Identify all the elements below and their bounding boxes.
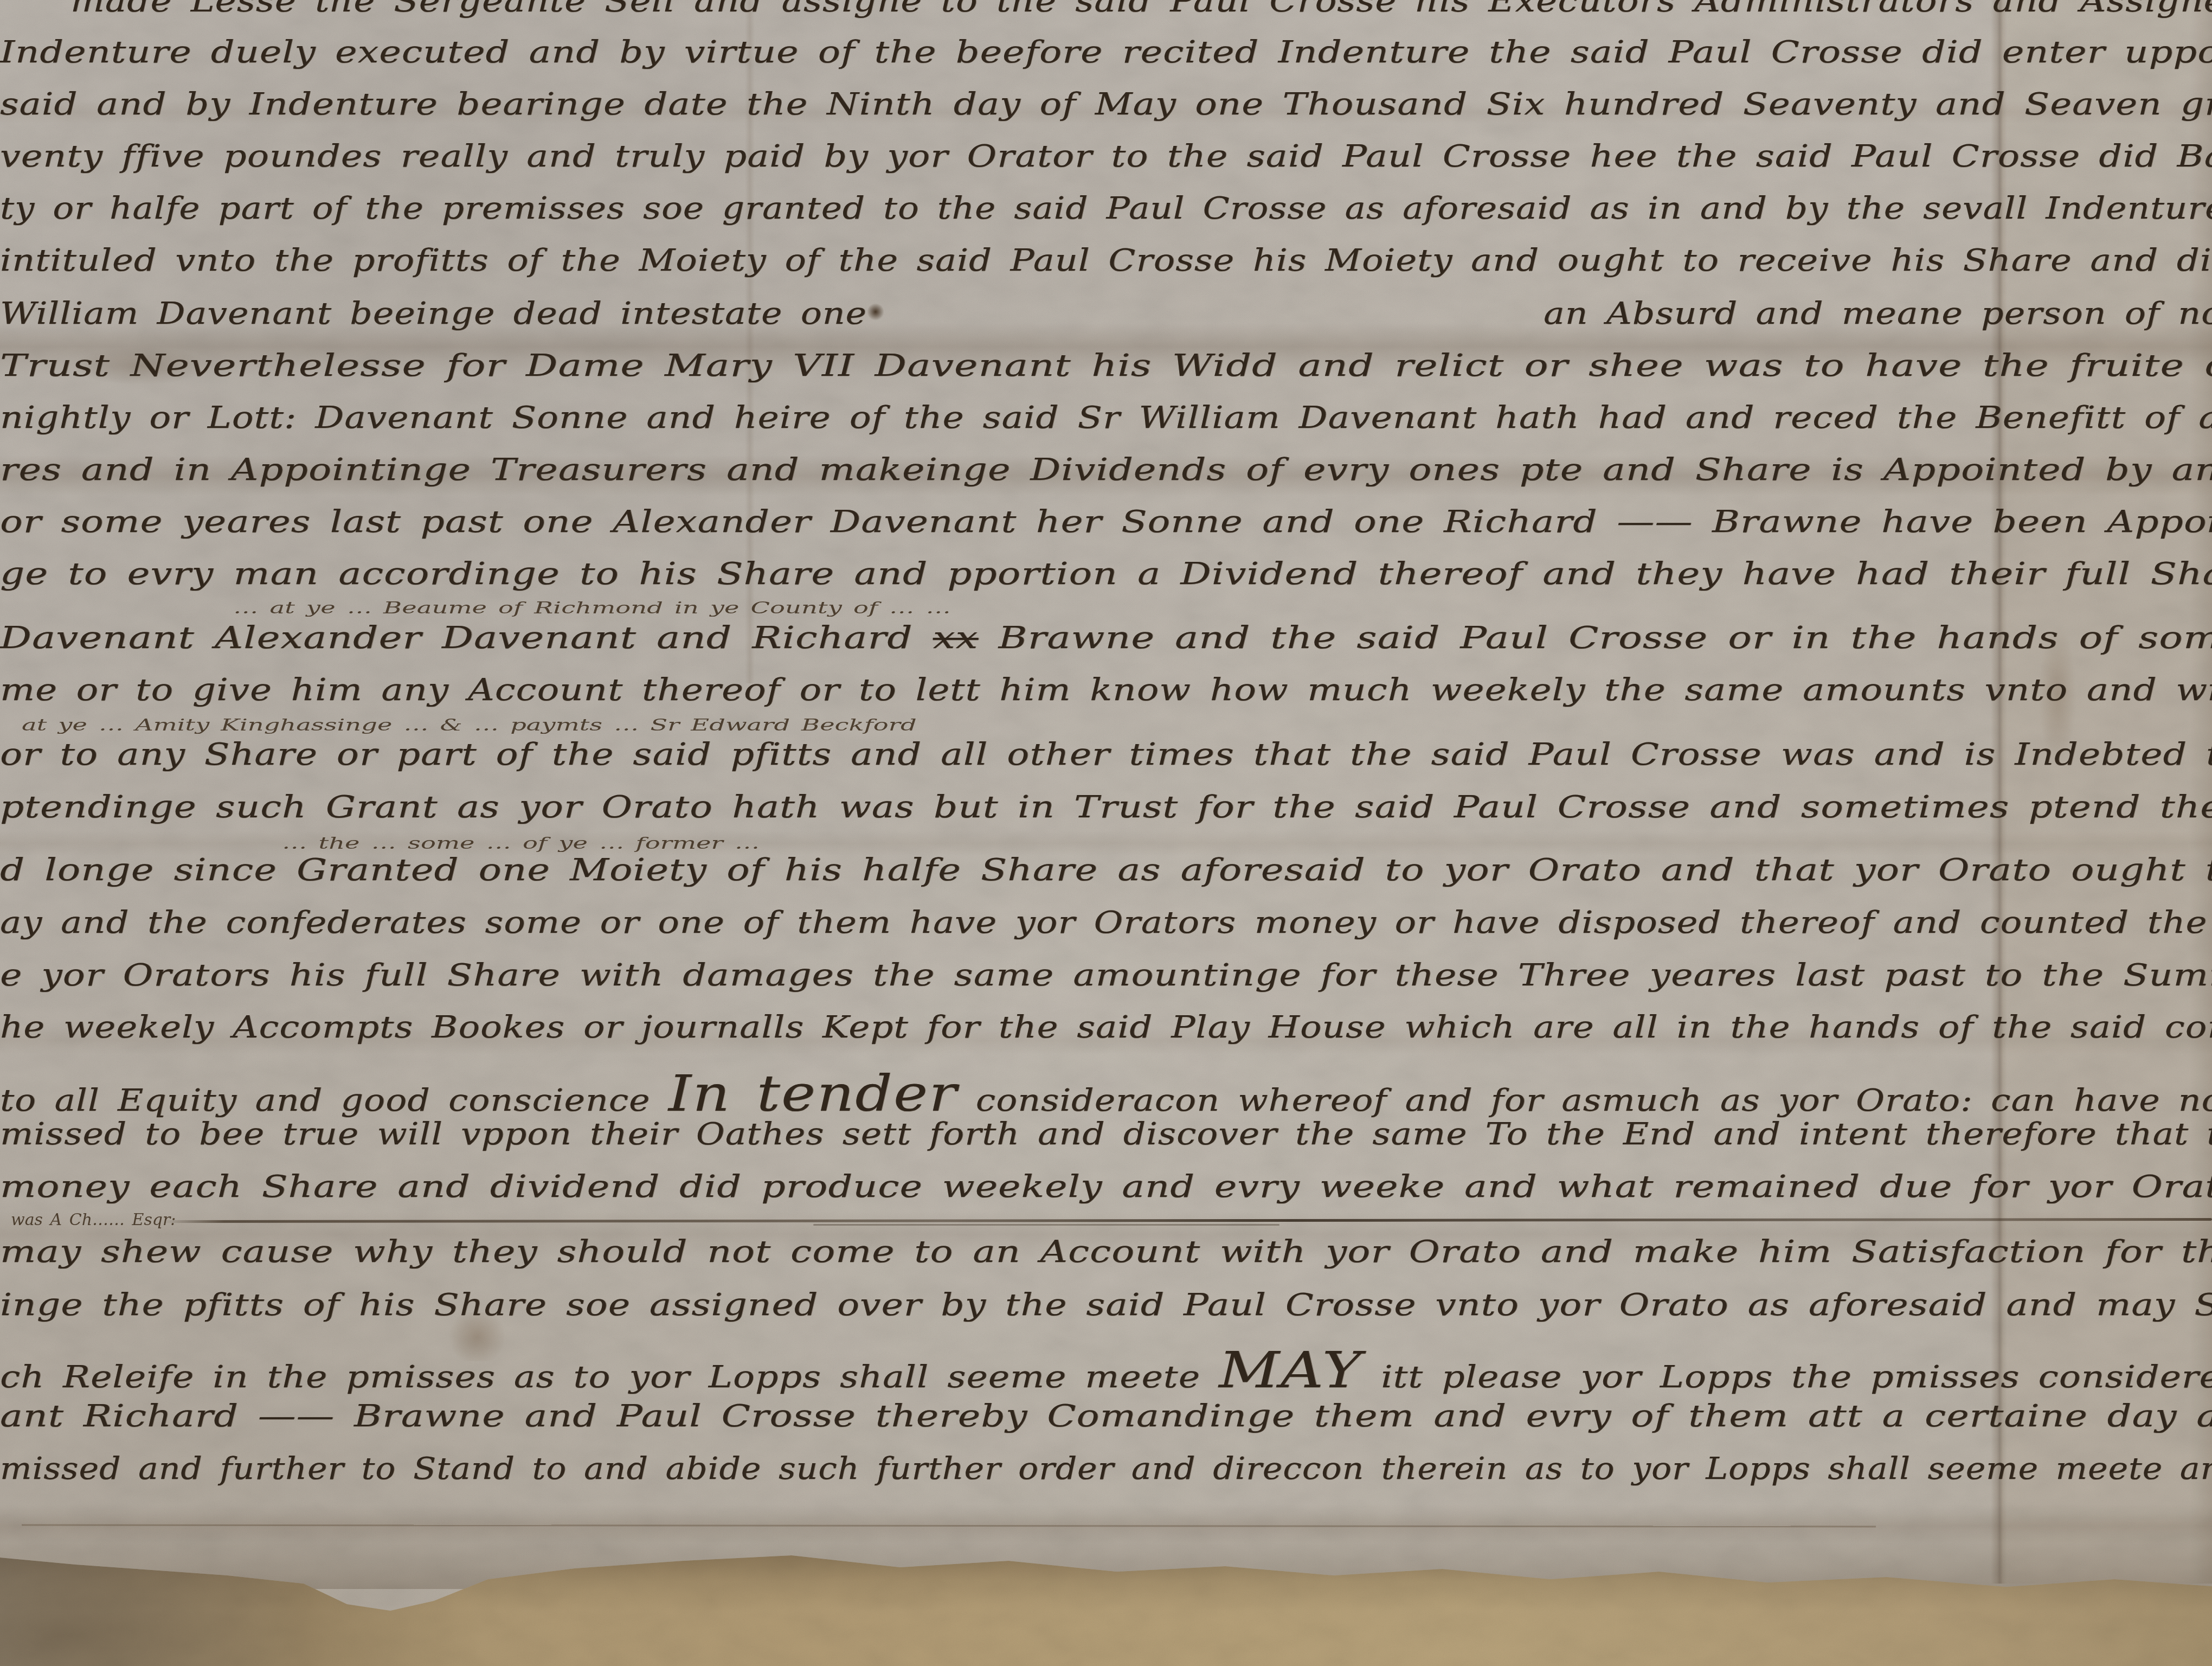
manuscript-line: me or to give him any Account thereof or… (0, 672, 2212, 708)
manuscript-line: or some yeares last past one Alexander D… (0, 504, 2212, 540)
manuscript-line: ch Releife in the pmisses as to yor Lopp… (0, 1341, 2212, 1399)
manuscript-line: ge to evry man accordinge to his Share a… (0, 556, 2212, 592)
manuscript-photo: made Lesse the Sergeante Sell and assign… (0, 0, 2212, 1666)
manuscript-line: nightly or Lott: Davenant Sonne and heir… (0, 400, 2212, 435)
manuscript-line: inge the pfitts of his Share soe assigne… (0, 1287, 2212, 1323)
manuscript-line: missed and further to Stand to and abide… (0, 1451, 2212, 1486)
manuscript-line: res and in Appointinge Treasurers and ma… (0, 452, 2212, 488)
manuscript-line: missed to bee true will vppon their Oath… (0, 1117, 2212, 1152)
manuscript-line: ay and the confederates some or one of t… (0, 905, 2212, 940)
manuscript-line: ant Richard —— Brawne and Paul Crosse th… (0, 1399, 2212, 1434)
manuscript-text-layer: made Lesse the Sergeante Sell and assign… (0, 0, 2212, 1666)
parchment-sheet: made Lesse the Sergeante Sell and assign… (0, 0, 2212, 1666)
manuscript-line: may shew cause why they should not come … (0, 1234, 2212, 1270)
manuscript-line: said and by Indenture bearinge date the … (0, 87, 2212, 122)
interlinear-insertion: … at ye … Beaume of Richmond in ye Count… (233, 599, 951, 618)
manuscript-line: venty ffive poundes really and truly pai… (0, 139, 2212, 174)
interlinear-insertion: at ye … Amity Kinghassinge … & … paymts … (22, 716, 917, 735)
manuscript-line: Davenant Alexander Davenant and Richard … (0, 620, 2212, 656)
manuscript-line: e yor Orators his full Share with damage… (0, 958, 2212, 993)
manuscript-line: he weekely Accompts Bookes or journalls … (0, 1010, 2212, 1045)
manuscript-line: made Lesse the Sergeante Sell and assign… (70, 0, 2212, 19)
interlinear-insertion: was A Ch…… Esqr: (11, 1210, 176, 1229)
interlinear-insertion: … the … some … of ye … former … (282, 834, 760, 853)
manuscript-line: money each Share and dividend did produc… (0, 1169, 2212, 1204)
manuscript-line: William Davenant beeinge dead intestate … (0, 296, 2212, 331)
manuscript-line: ty or halfe part of the premisses soe gr… (0, 191, 2212, 226)
manuscript-line: Indenture duely executed and by virtue o… (0, 35, 2212, 70)
manuscript-line: or to any Share or part of the said pfit… (0, 737, 2212, 772)
manuscript-line: ptendinge such Grant as yor Orato hath w… (0, 790, 2212, 825)
manuscript-line: Trust Neverthelesse for Dame Mary VII Da… (0, 348, 2212, 383)
manuscript-line: to all Equity and good conscience In ten… (0, 1064, 2212, 1123)
manuscript-line: intituled vnto the profitts of the Moiet… (0, 243, 2212, 278)
manuscript-line: d longe since Granted one Moiety of his … (0, 853, 2212, 888)
